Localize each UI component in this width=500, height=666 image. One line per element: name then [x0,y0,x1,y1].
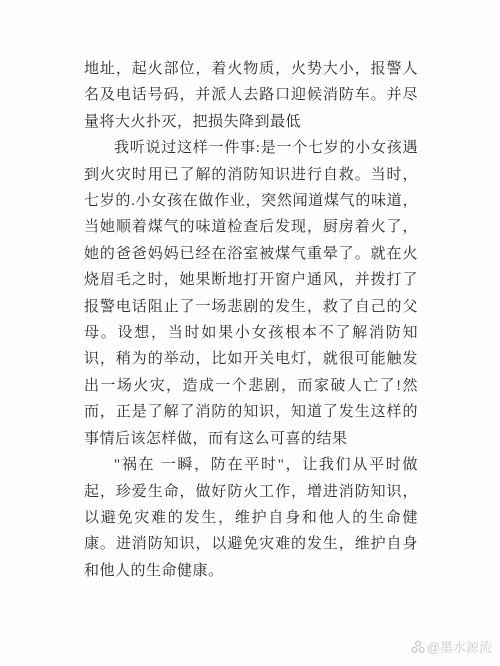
essay-text-block: 地址，起火部位，着火物质，火势大小，报警人名及电话号码，并派人去路口迎候消防车。… [84,56,418,584]
paragraph-2: 我听说过这样一件事:是一个七岁的小女孩遇到火灾时用已了解的消防知识进行自救。当时… [84,135,418,452]
paragraph-1: 地址，起火部位，着火物质，火势大小，报警人名及电话号码，并派人去路口迎候消防车。… [84,56,418,135]
watermark-text: @墨水源流 [427,637,492,656]
document-page: 地址，起火部位，着火物质，火势大小，报警人名及电话号码，并派人去路口迎候消防车。… [0,0,500,666]
watermark-logo-icon [411,640,425,654]
paragraph-3: "祸在 一瞬，防在平时"，让我们从平时做起，珍爱生命，做好防火工作，增进消防知识… [84,452,418,584]
watermark: @墨水源流 [411,637,492,656]
